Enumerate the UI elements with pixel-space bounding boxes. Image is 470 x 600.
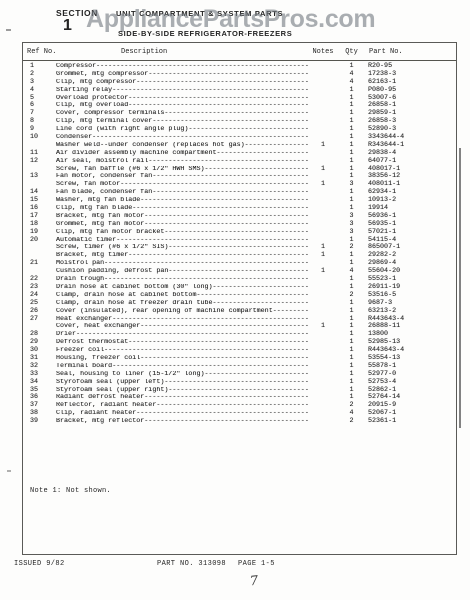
description-text: Fan blade, condenser fan xyxy=(56,189,152,196)
ref-cell: 38 xyxy=(23,410,56,418)
scan-artifact-mark xyxy=(7,470,11,472)
ref-cell: 26 xyxy=(23,308,56,316)
notes-cell xyxy=(308,418,338,426)
description-text: Clip, mtg fan blade xyxy=(56,205,132,212)
notes-cell xyxy=(308,292,338,300)
ref-cell: 13 xyxy=(23,173,56,181)
ref-cell: 3 xyxy=(23,79,56,87)
description-text: Clamp, drain hose at freezer drain tube xyxy=(56,300,213,307)
description-cell: Terminal board xyxy=(56,363,308,371)
ref-cell: 27 xyxy=(23,316,56,324)
description-cell: Clip, mtg overload xyxy=(56,102,308,110)
description-cell: Clip, radiant heater xyxy=(56,410,308,418)
ref-cell: 39 xyxy=(23,418,56,426)
notes-cell xyxy=(308,402,338,410)
scanned-parts-page: SECTION 1 UNIT COMPARTMENT & SYSTEM PART… xyxy=(0,0,470,600)
ref-cell: 8 xyxy=(23,118,56,126)
description-cell: Cover (insulated), rear opening of machi… xyxy=(56,308,308,316)
ref-cell: 28 xyxy=(23,331,56,339)
ref-cell: 2 xyxy=(23,71,56,79)
description-cell: Clip, mtg compressor xyxy=(56,79,308,87)
description-text: Compressor xyxy=(56,63,96,70)
description-text: Bracket, mtg fan motor xyxy=(56,213,144,220)
notes-cell xyxy=(308,229,338,237)
description-cell: Defrost thermostat xyxy=(56,339,308,347)
notes-cell xyxy=(308,71,338,79)
description-cell: Fan blade, condenser fan xyxy=(56,189,308,197)
description-cell: Clip, mtg fan motor bracket xyxy=(56,229,308,237)
description-cell: Clamp, drain hose at freezer drain tube xyxy=(56,300,308,308)
notes-cell xyxy=(308,95,338,103)
description-text: Screw, fan baffle (#6 x 1/2" HWH SMS) xyxy=(56,166,205,173)
footer-center: PART NO. 313098PAGE 1-5 xyxy=(157,560,275,568)
ref-cell: 11 xyxy=(23,150,56,158)
ref-cell: 12 xyxy=(23,158,56,166)
doc-page-label: PAGE 1-5 xyxy=(238,560,275,568)
description-text: Screw, fan motor xyxy=(56,181,120,188)
description-cell: Bracket, mtg timer xyxy=(56,252,308,260)
description-text: Cushion padding, defrost pan xyxy=(56,268,168,275)
description-cell: Screw, fan baffle (#6 x 1/2" HWH SMS) xyxy=(56,166,308,174)
notes-cell: 1 xyxy=(308,142,338,150)
table-row: Cover, heat exchanger 1 1 26888-11 xyxy=(23,323,456,331)
ref-cell: 35 xyxy=(23,387,56,395)
notes-cell: 1 xyxy=(308,181,338,189)
description-cell: Screw, fan motor xyxy=(56,181,308,189)
table-body: 1 Compressor 1 R20-95 2 Grommet, mtg com… xyxy=(23,63,456,426)
notes-cell xyxy=(308,387,338,395)
notes-cell xyxy=(308,363,338,371)
description-cell: Grommet, mtg fan motor xyxy=(56,221,308,229)
ref-cell: 20 xyxy=(23,237,56,245)
description-text: Defrost thermostat xyxy=(56,339,128,346)
scan-artifact-streak xyxy=(459,148,461,428)
description-text: Cover, heat exchanger xyxy=(56,323,140,330)
notes-cell xyxy=(308,150,338,158)
col-header-description: Description xyxy=(56,48,308,56)
description-text: Clamp, drain hose at cabinet bottom xyxy=(56,292,196,299)
description-cell: Overload protector xyxy=(56,95,308,103)
ref-cell xyxy=(23,244,56,252)
ref-cell: 19 xyxy=(23,229,56,237)
notes-cell xyxy=(308,410,338,418)
notes-cell xyxy=(308,205,338,213)
description-cell: Clip, mtg terminal cover xyxy=(56,118,308,126)
part-no-cell: 52361-1 xyxy=(365,418,456,426)
description-text: Automatic timer xyxy=(56,237,116,244)
description-cell: Reflector, radiant heater xyxy=(56,402,308,410)
description-cell: Cushion padding, defrost pan xyxy=(56,268,308,276)
notes-cell xyxy=(308,300,338,308)
ref-cell: 30 xyxy=(23,347,56,355)
handwritten-page-number: 7 xyxy=(249,574,259,590)
ref-cell: 22 xyxy=(23,276,56,284)
notes-cell xyxy=(308,331,338,339)
ref-cell xyxy=(23,252,56,260)
ref-cell: 37 xyxy=(23,402,56,410)
description-cell: Clip, mtg fan blade xyxy=(56,205,308,213)
description-text: Housing, freezer coil xyxy=(56,355,140,362)
ref-cell: 10 xyxy=(23,134,56,142)
description-cell: Radiant defrost heater xyxy=(56,394,308,402)
notes-cell xyxy=(308,189,338,197)
description-text: Reflector, radiant heater xyxy=(56,402,156,409)
description-text: Washer weld--under condenser (replaces h… xyxy=(56,142,245,149)
notes-cell xyxy=(308,308,338,316)
description-cell: Automatic timer xyxy=(56,237,308,245)
description-text: Bracket, mtg reflector xyxy=(56,418,144,425)
notes-cell xyxy=(308,102,338,110)
notes-cell xyxy=(308,379,338,387)
notes-cell xyxy=(308,197,338,205)
notes-cell: 1 xyxy=(308,268,338,276)
ref-cell: 29 xyxy=(23,339,56,347)
description-text: Freezer coil xyxy=(56,347,104,354)
description-cell: Housing, freezer coil xyxy=(56,355,308,363)
description-text: Seal, housing to liner (15-1/2" long) xyxy=(56,371,205,378)
section-number: 1 xyxy=(63,17,72,35)
doc-part-no: PART NO. 313098 xyxy=(157,560,226,568)
description-text: Fan motor, condenser fan xyxy=(56,173,152,180)
description-cell: Clamp, drain hose at cabinet bottom xyxy=(56,292,308,300)
ref-cell: 21 xyxy=(23,260,56,268)
ref-cell: 33 xyxy=(23,371,56,379)
notes-cell xyxy=(308,213,338,221)
notes-cell xyxy=(308,87,338,95)
ref-cell: 6 xyxy=(23,102,56,110)
description-text: Air divider assembly machine compartment xyxy=(56,150,217,157)
description-cell: Grommet, mtg compressor xyxy=(56,71,308,79)
ref-cell xyxy=(23,166,56,174)
description-text: Moistrol pan xyxy=(56,260,104,267)
notes-cell xyxy=(308,371,338,379)
description-text: Clip, radiant heater xyxy=(56,410,136,417)
description-cell: Screw, timer (#6 x 1/2" SIS) xyxy=(56,244,308,252)
description-cell: Air divider assembly machine compartment xyxy=(56,150,308,158)
description-text: Drain hose at cabinet bottom (30" long) xyxy=(56,284,213,291)
description-cell: Heat exchanger xyxy=(56,316,308,324)
description-text: Drain trough xyxy=(56,276,104,283)
description-text: Grommet, mtg fan motor xyxy=(56,221,144,228)
parts-table: Ref No. Description Notes Qty Part No. 1… xyxy=(22,42,457,555)
ref-cell: 24 xyxy=(23,292,56,300)
description-text: Terminal board xyxy=(56,363,112,370)
col-header-notes: Notes xyxy=(308,48,338,56)
description-text: Radiant defrost heater xyxy=(56,394,144,401)
notes-cell xyxy=(308,110,338,118)
ref-cell: 31 xyxy=(23,355,56,363)
ref-cell: 16 xyxy=(23,205,56,213)
description-text: Clip, mtg compressor xyxy=(56,79,136,86)
col-header-part-no: Part No. xyxy=(365,48,456,56)
description-text: Clip, mtg terminal cover xyxy=(56,118,152,125)
ref-cell: 18 xyxy=(23,221,56,229)
description-cell: Condenser xyxy=(56,134,308,142)
description-cell: Fan motor, condenser fan xyxy=(56,173,308,181)
description-cell: Cover, heat exchanger xyxy=(56,323,308,331)
description-cell: Line cord (with right angle plug) xyxy=(56,126,308,134)
scan-artifact-mark xyxy=(6,29,11,31)
description-cell: Seal, housing to liner (15-1/2" long) xyxy=(56,371,308,379)
ref-cell: 32 xyxy=(23,363,56,371)
ref-cell: 17 xyxy=(23,213,56,221)
ref-cell: 14 xyxy=(23,189,56,197)
notes-cell xyxy=(308,126,338,134)
ref-cell: 23 xyxy=(23,284,56,292)
description-cell: Drain hose at cabinet bottom (30" long) xyxy=(56,284,308,292)
description-cell: Air seal, moistrol rail xyxy=(56,158,308,166)
ref-cell: 5 xyxy=(23,95,56,103)
notes-cell xyxy=(308,394,338,402)
ref-cell: 36 xyxy=(23,394,56,402)
description-text: Starting relay xyxy=(56,87,112,94)
ref-cell: 34 xyxy=(23,379,56,387)
description-cell: Moistrol pan xyxy=(56,260,308,268)
description-text: Styrofoam seal (upper left) xyxy=(56,379,164,386)
ref-cell: 25 xyxy=(23,300,56,308)
description-text: Grommet, mtg compressor xyxy=(56,71,148,78)
description-cell: Freezer coil xyxy=(56,347,308,355)
description-cell: Washer, mtg fan blade xyxy=(56,197,308,205)
notes-cell xyxy=(308,355,338,363)
notes-cell: 1 xyxy=(308,166,338,174)
ref-cell xyxy=(23,142,56,150)
description-text: Clip, mtg overload xyxy=(56,102,128,109)
ref-cell xyxy=(23,323,56,331)
description-cell: Styrofoam seal (upper left) xyxy=(56,379,308,387)
page-subtitle: SIDE-BY-SIDE REFRIGERATOR-FREEZERS xyxy=(118,29,292,38)
description-cell: Bracket, mtg fan motor xyxy=(56,213,308,221)
description-text: Drier xyxy=(56,331,76,338)
description-cell: Drain trough xyxy=(56,276,308,284)
qty-cell: 2 xyxy=(338,418,365,426)
description-cell: Cover, compressor terminals xyxy=(56,110,308,118)
description-text: Styrofoam seal (upper right) xyxy=(56,387,168,394)
ref-cell: 4 xyxy=(23,87,56,95)
ref-cell: 7 xyxy=(23,110,56,118)
ref-cell xyxy=(23,181,56,189)
notes-cell: 1 xyxy=(308,323,338,331)
ref-cell: 9 xyxy=(23,126,56,134)
description-text: Condenser xyxy=(56,134,92,141)
table-header-row: Ref No. Description Notes Qty Part No. xyxy=(23,43,456,61)
notes-cell xyxy=(308,276,338,284)
col-header-qty: Qty xyxy=(338,48,365,56)
table-row: 15 Washer, mtg fan blade 1 10913-2 xyxy=(23,197,456,205)
description-text: Heat exchanger xyxy=(56,316,112,323)
description-text: Cover (insulated), rear opening of machi… xyxy=(56,308,273,315)
notes-cell xyxy=(308,347,338,355)
description-cell: Bracket, mtg reflector xyxy=(56,418,308,426)
notes-cell xyxy=(308,63,338,71)
issued-date: ISSUED 9/82 xyxy=(14,560,65,568)
description-text: Screw, timer (#6 x 1/2" SIS) xyxy=(56,244,168,251)
description-text: Washer, mtg fan blade xyxy=(56,197,140,204)
description-text: Air seal, moistrol rail xyxy=(56,158,148,165)
col-header-ref-no: Ref No. xyxy=(23,48,56,56)
description-text: Clip, mtg fan motor bracket xyxy=(56,229,164,236)
notes-cell xyxy=(308,284,338,292)
description-cell: Washer weld--under condenser (replaces h… xyxy=(56,142,308,150)
notes-cell xyxy=(308,339,338,347)
table-row: 39 Bracket, mtg reflector 2 52361-1 xyxy=(23,418,456,426)
footnote: Note 1: Not shown. xyxy=(30,487,111,495)
description-text: Overload protector xyxy=(56,95,128,102)
notes-cell xyxy=(308,221,338,229)
description-cell: Styrofoam seal (upper right) xyxy=(56,387,308,395)
notes-cell xyxy=(308,79,338,87)
notes-cell: 1 xyxy=(308,252,338,260)
ref-cell xyxy=(23,268,56,276)
description-text: Line cord (with right angle plug) xyxy=(56,126,188,133)
description-text: Bracket, mtg timer xyxy=(56,252,128,259)
ref-cell: 1 xyxy=(23,63,56,71)
description-text: Cover, compressor terminals xyxy=(56,110,164,117)
ref-cell: 15 xyxy=(23,197,56,205)
notes-cell xyxy=(308,118,338,126)
description-cell: Starting relay xyxy=(56,87,308,95)
description-cell: Drier xyxy=(56,331,308,339)
description-cell: Compressor xyxy=(56,63,308,71)
